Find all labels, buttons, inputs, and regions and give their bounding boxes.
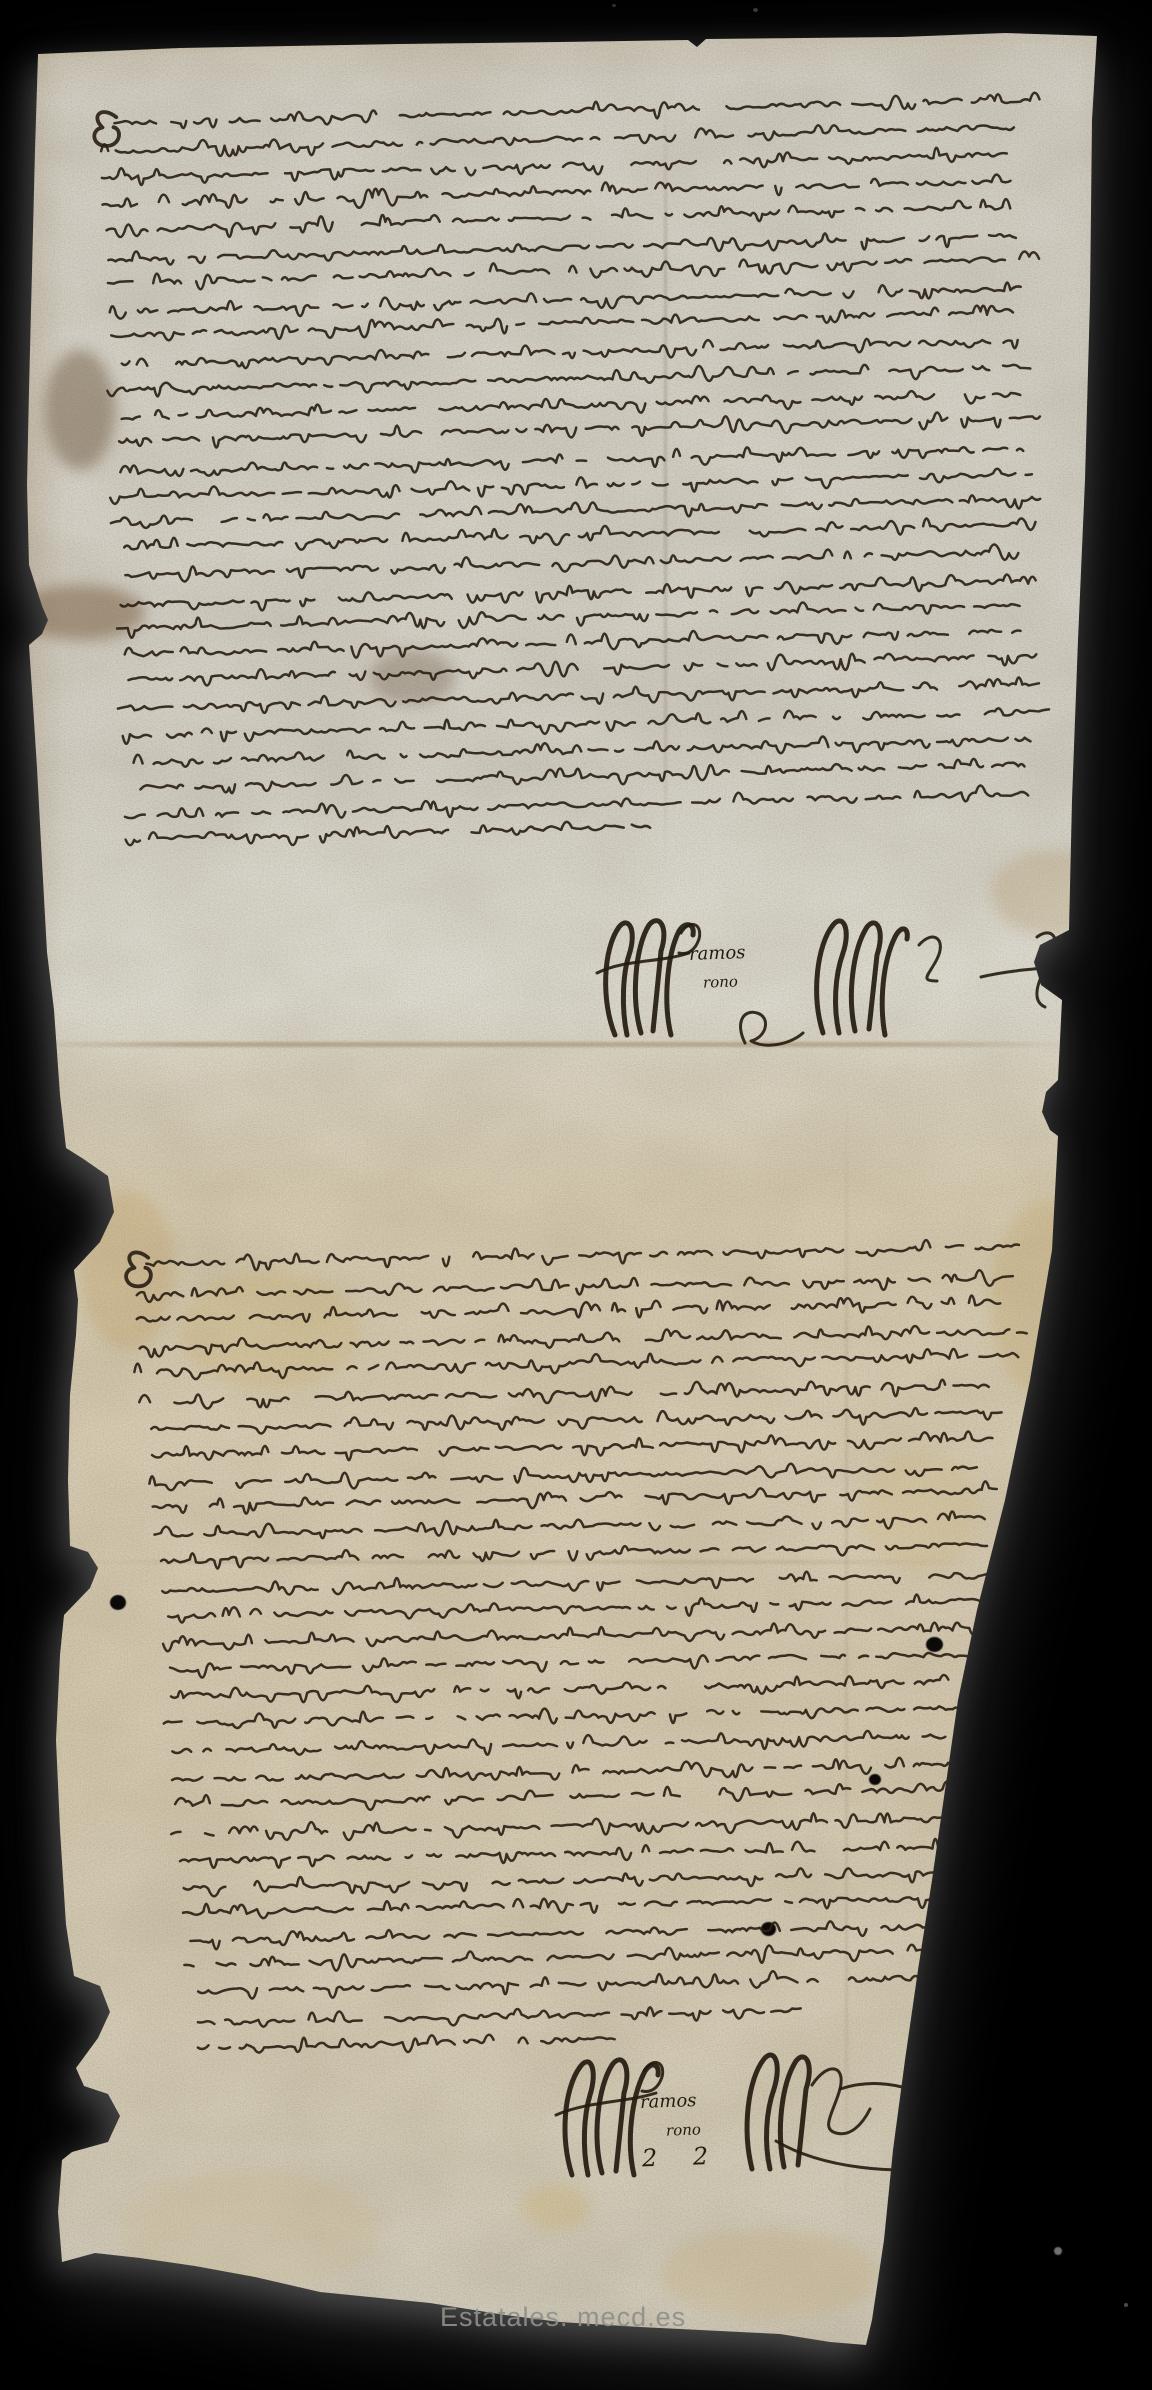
hole: [110, 1595, 126, 1610]
signature-flourish-lower: [540, 2045, 1040, 2205]
handwriting-block-lower: [132, 1230, 1068, 2088]
dust-speck: [1054, 2247, 1062, 2255]
stain: [120, 2170, 380, 2290]
signature-numerals-lower: 2 2: [642, 2142, 723, 2173]
signature-secondary-upper: rono: [703, 972, 739, 991]
handwriting-block-upper: [100, 83, 1081, 928]
parchment-sheet: Saban q̃ntos esta c̃ta vyren como nos do…: [0, 0, 1152, 2390]
dust-speck: [1124, 2303, 1128, 2307]
signature-flourish-upper: [585, 915, 1065, 1065]
stain: [45, 350, 115, 470]
signature-upper: ramos rono: [585, 915, 1065, 1065]
parchment-shadow: Saban q̃ntos esta c̃ta vyren como nos do…: [0, 0, 1152, 2390]
signature-secondary-lower: rono: [666, 2120, 702, 2139]
manuscript-photo: Saban q̃ntos esta c̃ta vyren como nos do…: [0, 0, 1152, 2390]
dust-speck: [612, 4, 616, 7]
signature-name-upper: ramos: [689, 942, 746, 965]
dust-speck: [753, 8, 758, 12]
signature-name-lower: ramos: [640, 2090, 697, 2113]
watermark-text: Estatales. mecd.es: [440, 2302, 686, 2333]
signature-lower: ramos rono 2 2: [540, 2045, 1040, 2205]
